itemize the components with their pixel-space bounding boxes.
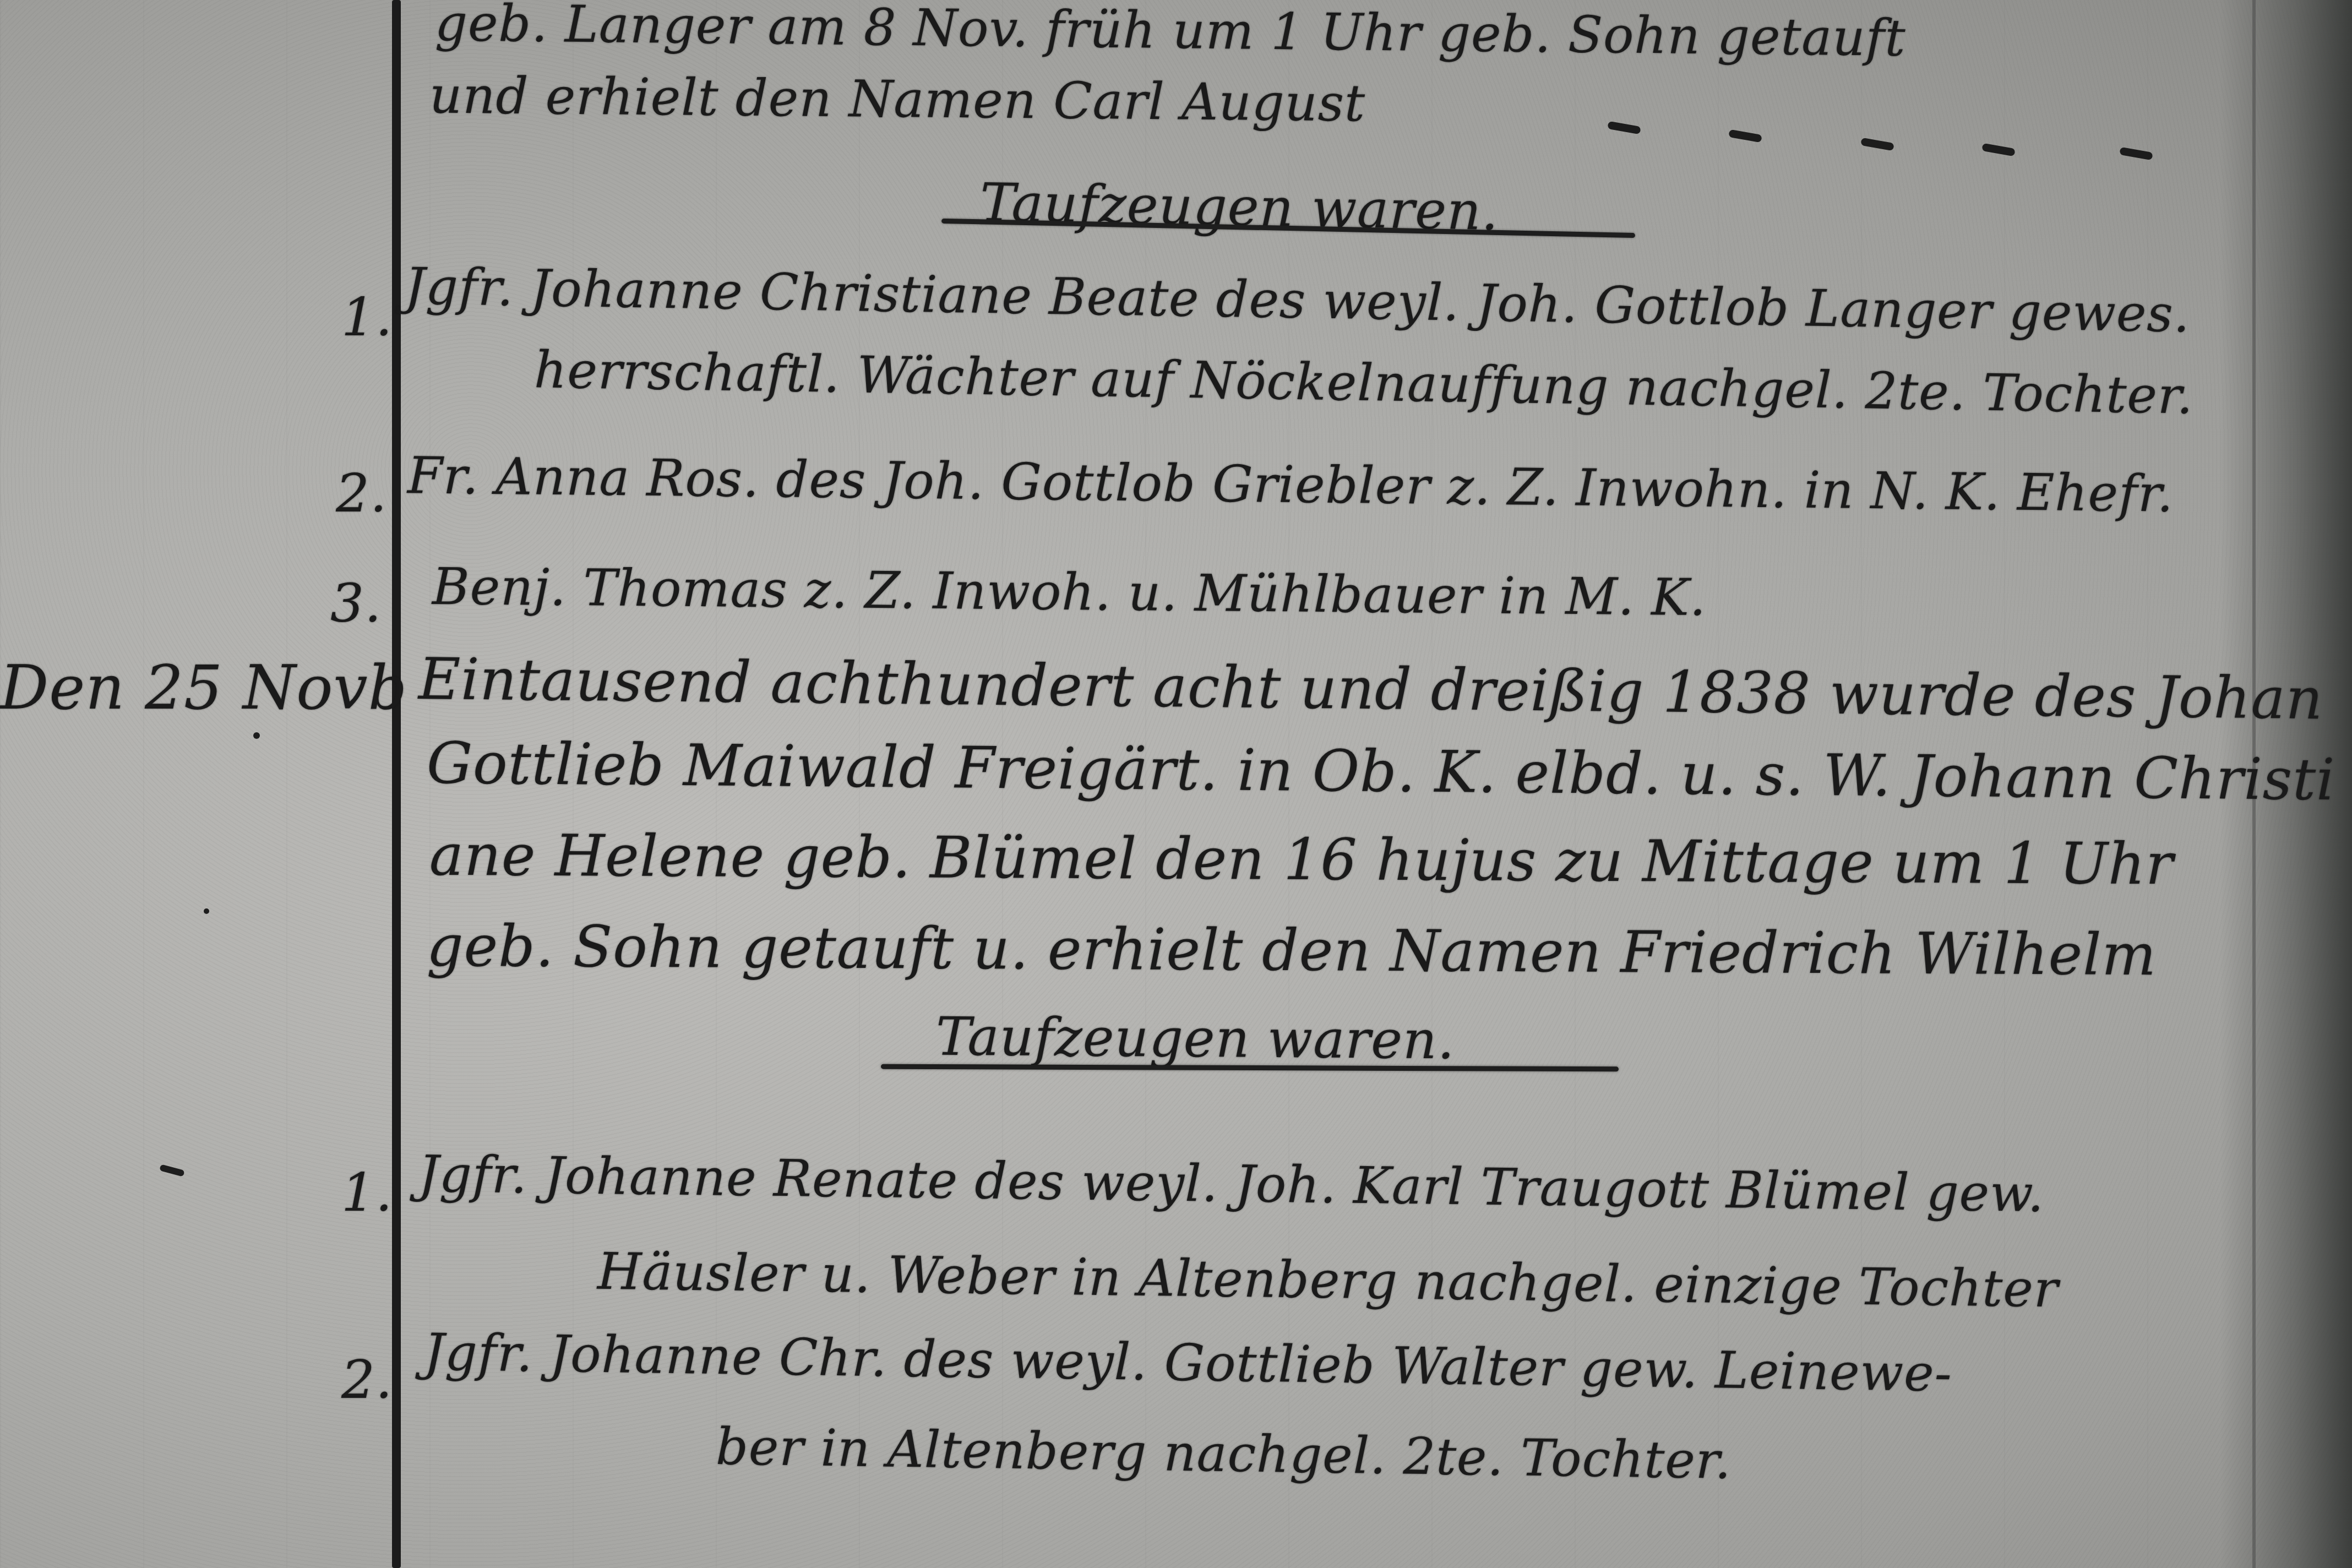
witness-1-line-1: Jgfr. Johanne Renate des weyl. Joh. Karl…	[418, 1149, 2045, 1219]
heading-underline	[881, 1064, 1619, 1072]
margin-rule-line	[392, 0, 401, 1568]
witness-number: 2.	[336, 462, 388, 524]
witness-number: 1.	[341, 1162, 393, 1223]
filler-dash	[1981, 143, 2016, 156]
prev-witness-1-line-1: Jgfr. Johanne Christiane Beate des weyl.…	[404, 262, 2190, 340]
entry-line-3: ane Helene geb. Blümel den 16 hujus zu M…	[429, 821, 2174, 898]
entry-line-2: Gottlieb Maiwald Freigärt. in Ob. K. elb…	[427, 729, 2335, 813]
prev-entry-line-2: und erhielt den Namen Carl August	[429, 70, 1366, 129]
filler-dash	[2119, 147, 2153, 160]
witness-number: 1.	[341, 286, 393, 348]
filler-dash	[1860, 138, 1894, 151]
ink-speck	[253, 732, 260, 739]
filler-dash	[1607, 121, 1641, 134]
witness-number: 2.	[341, 1349, 393, 1411]
witnesses-heading: Taufzeugen waren.	[936, 1006, 1455, 1071]
witness-2-line-2: ber in Altenberg nachgel. 2te. Tochter.	[715, 1422, 1732, 1487]
entry-line-1: Eintausend achthundert acht und dreißig …	[418, 645, 2323, 732]
prev-entry-line-1: geb. Langer am 8 Nov. früh um 1 Uhr geb.…	[435, 0, 1906, 64]
ink-speck	[204, 908, 209, 914]
witness-2-line-1: Jgfr. Johanne Chr. des weyl. Gottlieb Wa…	[423, 1327, 1952, 1400]
witness-1-line-2: Häusler u. Weber in Altenberg nachgel. e…	[597, 1246, 2059, 1315]
entry-line-4: geb. Sohn getauft u. erhielt den Namen F…	[427, 912, 2157, 988]
prev-witness-3-line-1: Benj. Thomas z. Z. Inwoh. u. Mühlbauer i…	[432, 562, 1707, 623]
register-page: geb. Langer am 8 Nov. früh um 1 Uhr geb.…	[0, 0, 2352, 1568]
ink-speck	[159, 1164, 185, 1177]
witness-number: 3.	[330, 573, 382, 634]
filler-dash	[1728, 129, 1762, 143]
prev-witness-1-line-2: herrschaftl. Wächter auf Nöckelnauffung …	[533, 345, 2193, 421]
prev-witness-2-line-1: Fr. Anna Ros. des Joh. Gottlob Griebler …	[407, 450, 2174, 520]
margin-date: Den 25 Novb	[0, 652, 407, 723]
